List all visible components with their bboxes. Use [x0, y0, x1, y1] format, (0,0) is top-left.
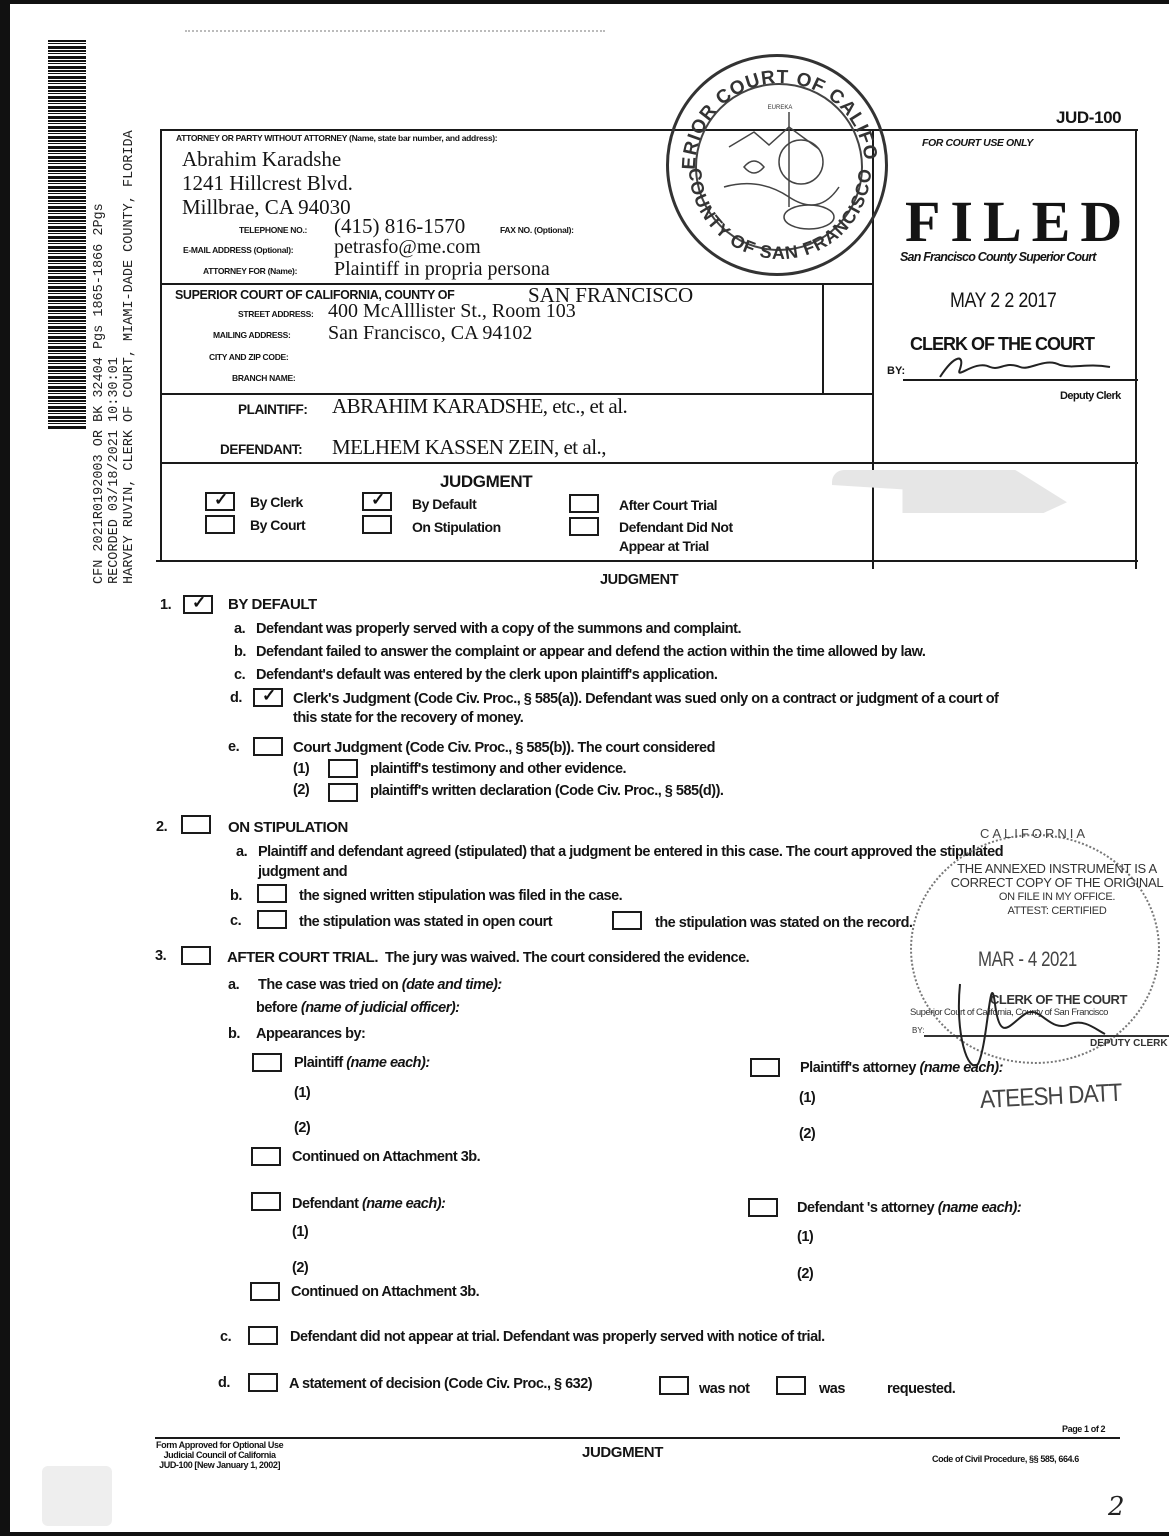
section-1e-2: plaintiff's written declaration (Code Ci… — [370, 783, 723, 799]
section-3c: Defendant did not appear at trial. Defen… — [290, 1329, 825, 1345]
attorney-address-2: Millbrae, CA 94030 — [182, 195, 353, 219]
stamp-signature-icon — [950, 924, 1110, 1074]
defendant-appearance-label: Defendant (name each): — [292, 1196, 445, 1212]
stamp-arc: CALIFORNIA — [980, 826, 1088, 841]
checkbox-stipulation-record[interactable] — [612, 911, 642, 930]
section-1a: Defendant was properly served with a cop… — [256, 621, 741, 637]
divider — [156, 560, 1138, 562]
attorney-name: Abrahim Karadshe — [182, 147, 353, 171]
page-number: Page 1 of 2 — [1062, 1424, 1105, 1434]
label-did-not-appear-2: Appear at Trial — [619, 538, 709, 554]
attorney-address-block: Abrahim Karadshe 1241 Hillcrest Blvd. Mi… — [182, 147, 353, 219]
section-2a-cont: judgment and — [258, 864, 347, 880]
deputy-name-stamp: ATEESH DATT — [979, 1079, 1122, 1115]
checkbox-by-default-section[interactable] — [183, 595, 213, 614]
checkbox-by-court[interactable] — [205, 515, 235, 534]
attorney-for-value: Plaintiff in propria persona — [334, 258, 550, 281]
section-title: JUDGMENT — [600, 572, 678, 588]
attorney-address-1: 1241 Hillcrest Blvd. — [182, 171, 353, 195]
certified-copy-stamp: CALIFORNIA THE ANNEXED INSTRUMENT IS A C… — [890, 814, 1169, 1054]
checkbox-signed-stipulation[interactable] — [257, 884, 287, 903]
checkbox-testimony[interactable] — [328, 759, 358, 778]
mailing-label: MAILING ADDRESS: — [213, 330, 291, 340]
section-1c: Defendant's default was entered by the c… — [256, 667, 717, 683]
checkbox-did-not-appear-section[interactable] — [248, 1326, 278, 1345]
form-id: JUD-100 — [1056, 108, 1121, 128]
label-requested: requested. — [887, 1381, 955, 1397]
divider — [160, 129, 1138, 131]
plaintiff-attorney-2: (2) — [799, 1126, 815, 1142]
label-after-court-trial: After Court Trial — [619, 497, 717, 513]
street-value: 400 McAlllister St., Room 103 — [328, 300, 576, 323]
section-1-number: 1. — [160, 597, 171, 613]
svg-text:SUPERIOR COURT OF CALIFORNIA: SUPERIOR COURT OF CALIFORNIA — [669, 57, 881, 170]
checkbox-plaintiff-appearance[interactable] — [252, 1053, 282, 1072]
attorney-for-label: ATTORNEY FOR (Name): — [203, 266, 297, 276]
defendant-attorney-2: (2) — [797, 1266, 813, 1282]
plaintiff-2: (2) — [294, 1120, 310, 1136]
section-1b: Defendant failed to answer the complaint… — [256, 644, 925, 660]
checkbox-was-not[interactable] — [659, 1376, 689, 1395]
checkbox-statement-of-decision[interactable] — [248, 1373, 278, 1392]
barcode — [48, 40, 86, 430]
divider — [160, 129, 162, 561]
defendant-attorney-label: Defendant 's attorney (name each): — [797, 1200, 1021, 1216]
city-label: CITY AND ZIP CODE: — [209, 352, 288, 362]
recording-line-3: HARVEY RUVIN, CLERK OF COURT, MIAMI-DADE… — [122, 130, 137, 584]
plaintiff-continued: Continued on Attachment 3b. — [292, 1149, 480, 1165]
plaintiff-appearance-label: Plaintiff (name each): — [294, 1055, 430, 1071]
divider — [160, 283, 872, 285]
attorney-header: ATTORNEY OR PARTY WITHOUT ATTORNEY (Name… — [176, 133, 497, 143]
section-2-number: 2. — [156, 819, 167, 835]
court-seal: SUPERIOR COURT OF CALIFORNIA COUNTY OF S… — [666, 54, 888, 276]
fax-label: FAX NO. (Optional): — [500, 225, 574, 235]
checkbox-defendant-attorney[interactable] — [748, 1198, 778, 1217]
checkbox-on-stipulation[interactable] — [362, 515, 392, 534]
defendant-continued: Continued on Attachment 3b. — [291, 1284, 479, 1300]
divider — [822, 283, 824, 395]
plaintiff-attorney-1: (1) — [799, 1090, 815, 1106]
checkbox-did-not-appear[interactable] — [569, 517, 599, 536]
telephone-label: TELEPHONE NO.: — [239, 225, 307, 235]
defendant-attorney-1: (1) — [797, 1229, 813, 1245]
section-3-number: 3. — [155, 948, 166, 964]
branch-label: BRANCH NAME: — [232, 373, 295, 383]
checkbox-stipulation-open-court[interactable] — [257, 910, 287, 929]
recording-stamp: CFN 2021R0192003 OR BK 32404 Pgs 1865-18… — [92, 130, 137, 584]
redaction-mark — [832, 470, 1067, 513]
plaintiff-value: ABRAHIM KARADSHE, etc., et al. — [332, 394, 627, 419]
by-label: BY: — [887, 365, 905, 377]
section-1d: Clerk's Judgment (Code Civ. Proc., § 585… — [293, 690, 998, 707]
handwritten-page-mark: 2 — [1108, 1492, 1125, 1522]
footer-left: Form Approved for Optional Use Judicial … — [156, 1440, 283, 1470]
checkbox-defendant-continued[interactable] — [250, 1282, 280, 1301]
checkbox-clerks-judgment[interactable] — [253, 688, 283, 707]
label-by-default: By Default — [412, 496, 476, 512]
scan-artifact — [185, 30, 605, 32]
section-2c-1: the stipulation was stated in open court — [299, 914, 552, 930]
plaintiff-1: (1) — [294, 1085, 310, 1101]
checkbox-court-judgment[interactable] — [253, 737, 283, 756]
seal-icon: SUPERIOR COURT OF CALIFORNIA COUNTY OF S… — [669, 57, 891, 279]
court-use-header: FOR COURT USE ONLY — [922, 137, 1033, 149]
section-3d: A statement of decision (Code Civ. Proc.… — [289, 1376, 592, 1392]
defendant-1: (1) — [292, 1224, 308, 1240]
checkbox-on-stipulation-section[interactable] — [181, 815, 211, 834]
checkbox-by-default[interactable] — [362, 492, 392, 511]
filed-court: San Francisco County Superior Court — [900, 250, 1096, 264]
recording-line-1: CFN 2021R0192003 OR BK 32404 Pgs 1865-18… — [92, 130, 107, 584]
recording-line-2: RECORDED 03/18/2021 10:30:01 — [107, 130, 122, 584]
label-by-clerk: By Clerk — [250, 494, 303, 510]
section-2b: the signed written stipulation was filed… — [299, 888, 622, 904]
checkbox-was[interactable] — [776, 1376, 806, 1395]
label-by-court: By Court — [250, 517, 305, 533]
checkbox-after-court-trial-section[interactable] — [181, 946, 211, 965]
checkbox-plaintiff-continued[interactable] — [251, 1147, 281, 1166]
divider — [160, 462, 1138, 464]
svg-text:EUREKA: EUREKA — [768, 105, 793, 111]
judgment-box-title: JUDGMENT — [440, 472, 532, 492]
section-2-title: ON STIPULATION — [228, 819, 348, 836]
section-1e: Court Judgment (Code Civ. Proc., § 585(b… — [293, 739, 715, 756]
defendant-2: (2) — [292, 1260, 308, 1276]
section-3b: Appearances by: — [256, 1026, 365, 1042]
defendant-label: DEFENDANT: — [220, 442, 302, 457]
footer-divider — [155, 1437, 1120, 1439]
label-was-not: was not — [699, 1381, 749, 1397]
stamp-by: BY: — [912, 1026, 924, 1035]
label-did-not-appear: Defendant Did Not — [619, 519, 733, 535]
checkbox-written-declaration[interactable] — [328, 783, 358, 802]
svg-text:COUNTY OF SAN FRANCISCO: COUNTY OF SAN FRANCISCO — [685, 167, 876, 263]
defendant-value: MELHEM KASSEN ZEIN, et al., — [332, 435, 606, 460]
section-1e-1: plaintiff's testimony and other evidence… — [370, 761, 626, 777]
scan-artifact-square — [42, 1466, 112, 1526]
label-on-stipulation: On Stipulation — [412, 519, 501, 535]
filed-date: MAY 2 2 2017 — [950, 289, 1056, 313]
document-page: CFN 2021R0192003 OR BK 32404 Pgs 1865-18… — [0, 0, 1169, 1536]
mailing-value: San Francisco, CA 94102 — [328, 322, 532, 345]
section-3a-cont: before (name of judicial officer): — [256, 1000, 460, 1016]
checkbox-defendant-appearance[interactable] — [251, 1192, 281, 1211]
section-1d-cont: this state for the recovery of money. — [293, 710, 523, 726]
stamp-text: THE ANNEXED INSTRUMENT IS A CORRECT COPY… — [912, 862, 1169, 918]
plaintiff-label: PLAINTIFF: — [238, 402, 308, 417]
section-1-title: BY DEFAULT — [228, 596, 317, 613]
section-3a: The case was tried on (date and time): — [258, 977, 502, 993]
footer-title: JUDGMENT — [582, 1444, 663, 1461]
email-value: petrasfo@me.com — [334, 236, 481, 259]
signature-icon — [935, 349, 1125, 384]
deputy-clerk-label: Deputy Clerk — [1060, 390, 1121, 402]
footer-code: Code of Civil Procedure, §§ 585, 664.6 — [932, 1454, 1079, 1464]
street-label: STREET ADDRESS: — [238, 309, 313, 319]
filed-stamp: FILED — [905, 192, 1132, 252]
section-3-title: AFTER COURT TRIAL. The jury was waived. … — [227, 949, 749, 966]
checkbox-plaintiff-attorney[interactable] — [750, 1058, 780, 1077]
checkbox-after-court-trial[interactable] — [569, 494, 599, 513]
email-label: E-MAIL ADDRESS (Optional): — [183, 245, 293, 255]
divider — [1135, 129, 1137, 569]
section-2c-2: the stipulation was stated on the record… — [655, 915, 912, 931]
checkbox-by-clerk[interactable] — [205, 492, 235, 511]
label-was: was — [819, 1381, 845, 1397]
